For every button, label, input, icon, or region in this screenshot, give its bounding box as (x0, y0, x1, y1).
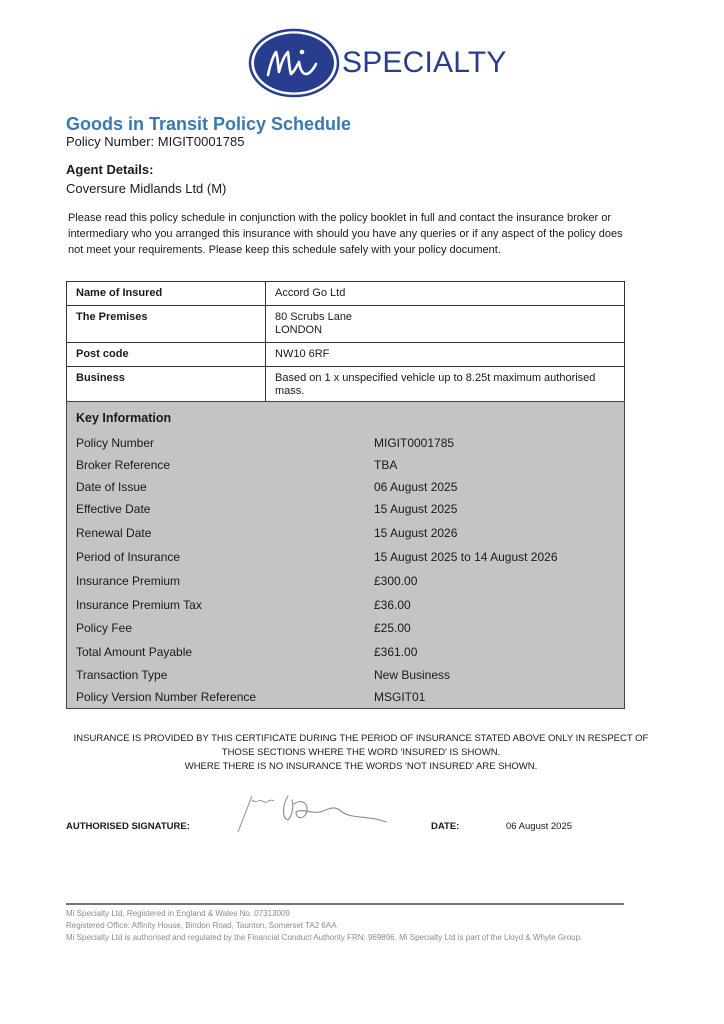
key-info-label: Total Amount Payable (76, 645, 192, 659)
logo-wordmark: SPECIALTY (342, 46, 507, 80)
key-info-value: MIGIT0001785 (374, 436, 454, 450)
address-line: LONDON (275, 324, 616, 337)
mi-logo-icon (248, 28, 340, 98)
footer-line: Mi Specialty Ltd, Registered in England … (66, 908, 626, 920)
key-info-label: Effective Date (76, 502, 150, 516)
key-info-label: Insurance Premium Tax (76, 598, 202, 612)
key-info-label: Transaction Type (76, 668, 167, 682)
insured-details-table: Name of Insured Accord Go Ltd The Premis… (66, 281, 625, 407)
policy-number-line: Policy Number: MIGIT0001785 (66, 134, 244, 149)
footer: Mi Specialty Ltd, Registered in England … (66, 908, 626, 944)
key-info-label: Broker Reference (76, 458, 170, 472)
date-label: DATE: (431, 821, 459, 832)
insurance-notice: INSURANCE IS PROVIDED BY THIS CERTIFICAT… (66, 732, 656, 774)
key-info-value: 15 August 2025 to 14 August 2026 (374, 550, 558, 564)
address-line: 80 Scrubs Lane (275, 311, 616, 324)
row-label: The Premises (67, 306, 266, 343)
row-value: NW10 6RF (266, 343, 625, 367)
footer-line: Mi Specialty Ltd is authorised and regul… (66, 932, 626, 944)
row-value: Accord Go Ltd (266, 282, 625, 306)
key-info-value: £361.00 (374, 645, 417, 659)
key-info-value: £25.00 (374, 621, 411, 635)
key-info-value: MSGIT01 (374, 690, 425, 704)
key-info-value: 06 August 2025 (374, 480, 457, 494)
footer-divider (66, 903, 624, 905)
row-label: Post code (67, 343, 266, 367)
notice-line: WHERE THERE IS NO INSURANCE THE WORDS 'N… (66, 760, 656, 774)
key-info-value: New Business (374, 668, 450, 682)
key-info-label: Renewal Date (76, 526, 151, 540)
agent-name: Coversure Midlands Ltd (M) (66, 181, 226, 196)
footer-line: Registered Office: Affinity House, Bindo… (66, 920, 626, 932)
key-info-value: £300.00 (374, 574, 417, 588)
table-row: Post code NW10 6RF (67, 343, 625, 367)
row-label: Name of Insured (67, 282, 266, 306)
agent-details-heading: Agent Details: (66, 162, 153, 177)
notice-line: INSURANCE IS PROVIDED BY THIS CERTIFICAT… (66, 732, 656, 746)
key-info-value: 15 August 2025 (374, 502, 457, 516)
intro-paragraph: Please read this policy schedule in conj… (68, 210, 638, 258)
document-title: Goods in Transit Policy Schedule (66, 114, 351, 135)
table-row: The Premises 80 Scrubs Lane LONDON (67, 306, 625, 343)
key-info-value: TBA (374, 458, 397, 472)
key-info-label: Policy Number (76, 436, 154, 450)
key-information-panel: Key Information Policy NumberMIGIT000178… (66, 401, 625, 709)
signature-image (230, 790, 410, 835)
key-info-label: Policy Version Number Reference (76, 690, 256, 704)
key-info-label: Policy Fee (76, 621, 132, 635)
row-value: 80 Scrubs Lane LONDON (266, 306, 625, 343)
signature-date: 06 August 2025 (506, 821, 572, 832)
key-info-value: £36.00 (374, 598, 411, 612)
key-info-label: Period of Insurance (76, 550, 180, 564)
authorised-signature-label: AUTHORISED SIGNATURE: (66, 821, 190, 832)
notice-line: THOSE SECTIONS WHERE THE WORD 'INSURED' … (66, 746, 656, 760)
key-info-value: 15 August 2026 (374, 526, 457, 540)
table-row: Name of Insured Accord Go Ltd (67, 282, 625, 306)
key-info-label: Insurance Premium (76, 574, 180, 588)
key-info-label: Date of Issue (76, 480, 147, 494)
company-logo: SPECIALTY (248, 28, 480, 100)
key-information-heading: Key Information (76, 411, 171, 425)
